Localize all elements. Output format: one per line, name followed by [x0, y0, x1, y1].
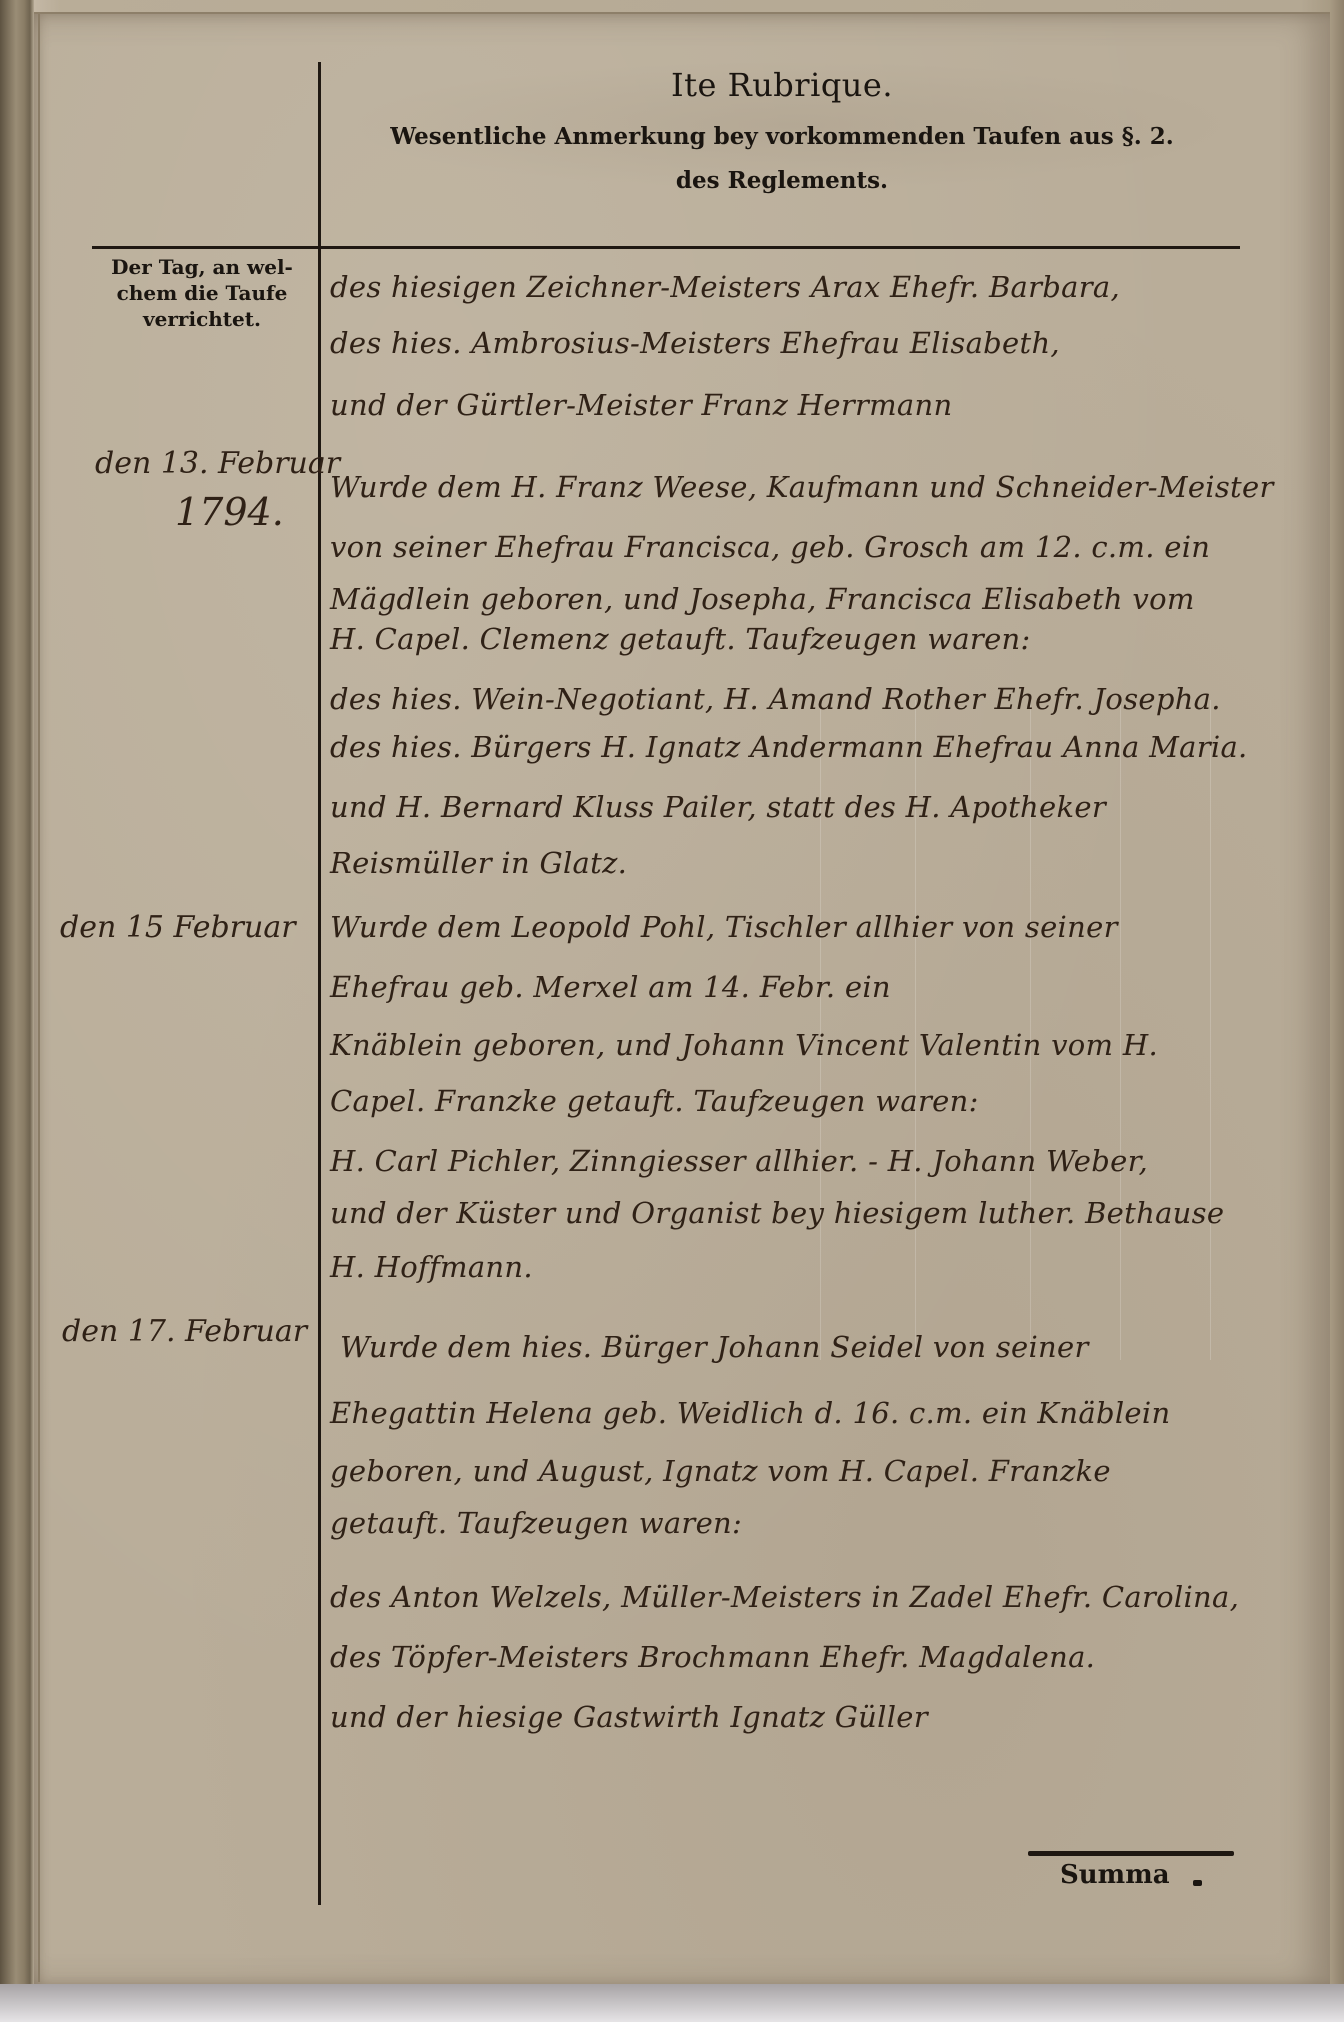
- summa-value: [1193, 1880, 1202, 1886]
- baptism-year: 1794.: [175, 490, 284, 534]
- entry-line: und der Gürtler-Meister Franz Herrmann: [330, 388, 952, 422]
- book-spine: [0, 0, 34, 1985]
- entry-line: Wurde dem Leopold Pohl, Tischler allhier…: [330, 910, 1118, 944]
- entry-line: Knäblein geboren, und Johann Vincent Val…: [330, 1028, 1158, 1062]
- entry-line: des Anton Welzels, Müller-Meisters in Za…: [330, 1580, 1239, 1614]
- entry-line: Reismüller in Glatz.: [330, 846, 627, 880]
- entry-line: Ehegattin Helena geb. Weidlich d. 16. c.…: [330, 1396, 1170, 1430]
- entry-line: geboren, und August, Ignatz vom H. Capel…: [330, 1454, 1111, 1488]
- entry-line: Mägdlein geboren, und Josepha, Francisca…: [330, 582, 1195, 616]
- rubric-heading: Ite Rubrique. Wesentliche Anmerkung bey …: [322, 62, 1242, 196]
- baptism-date: den 15 Februar: [60, 910, 296, 945]
- baptism-date: den 13. Februar: [95, 446, 340, 481]
- summa-label: Summa: [1060, 1860, 1170, 1890]
- column-divider: [318, 62, 321, 1905]
- rubric-subtitle-2: des Reglements.: [322, 166, 1242, 196]
- entry-line: und H. Bernard Kluss Pailer, statt des H…: [330, 790, 1106, 824]
- faint-rule: [1210, 700, 1211, 1360]
- baptism-date: den 17. Februar: [62, 1314, 307, 1349]
- entry-line: Wurde dem hies. Bürger Johann Seidel von…: [340, 1330, 1089, 1364]
- entry-line: des hies. Ambrosius-Meisters Ehefrau Eli…: [330, 326, 1060, 360]
- register-page: Ite Rubrique. Wesentliche Anmerkung bey …: [0, 0, 1344, 2022]
- entry-line: Capel. Franzke getauft. Taufzeugen waren…: [330, 1084, 979, 1118]
- summa-rule: [1028, 1851, 1234, 1856]
- entry-line: H. Hoffmann.: [330, 1250, 533, 1284]
- entry-line: Wurde dem H. Franz Weese, Kaufmann und S…: [330, 470, 1274, 504]
- entry-line: des hiesigen Zeichner-Meisters Arax Ehef…: [330, 270, 1120, 304]
- entry-line: und der Küster und Organist bey hiesigem…: [330, 1196, 1224, 1230]
- table-surface: [0, 1984, 1344, 2022]
- entry-line: und der hiesige Gastwirth Ignatz Güller: [330, 1700, 928, 1734]
- date-column-header: Der Tag, an wel- chem die Taufe verricht…: [90, 254, 314, 332]
- entry-line: Ehefrau geb. Merxel am 14. Febr. ein: [330, 970, 891, 1004]
- entry-line: des hies. Wein-Negotiant, H. Amand Rothe…: [330, 682, 1221, 716]
- entry-line: des hies. Bürgers H. Ignatz Andermann Eh…: [330, 730, 1248, 764]
- page-edge: [38, 14, 40, 1982]
- rubric-title: Ite Rubrique.: [322, 62, 1242, 108]
- entry-line: H. Capel. Clemenz getauft. Taufzeugen wa…: [330, 622, 1031, 656]
- header-rule: [92, 246, 1240, 249]
- entry-line: des Töpfer-Meisters Brochmann Ehefr. Mag…: [330, 1640, 1095, 1674]
- entry-line: von seiner Ehefrau Francisca, geb. Grosc…: [330, 530, 1210, 564]
- entry-line: getauft. Taufzeugen waren:: [330, 1506, 742, 1540]
- entry-line: H. Carl Pichler, Zinngiesser allhier. - …: [330, 1144, 1148, 1178]
- rubric-subtitle: Wesentliche Anmerkung bey vorkommenden T…: [322, 122, 1242, 152]
